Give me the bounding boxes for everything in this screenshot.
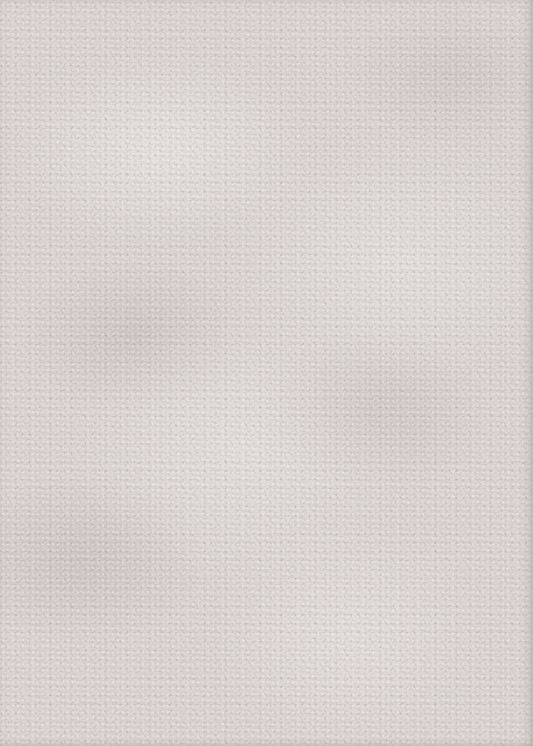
rug-pile-fibers — [0, 0, 533, 746]
rug-pile-speckle — [0, 0, 533, 746]
rug-tonal-variation — [0, 0, 533, 746]
shag-rug-photo — [0, 0, 533, 746]
rug-edge-shading — [0, 0, 533, 746]
